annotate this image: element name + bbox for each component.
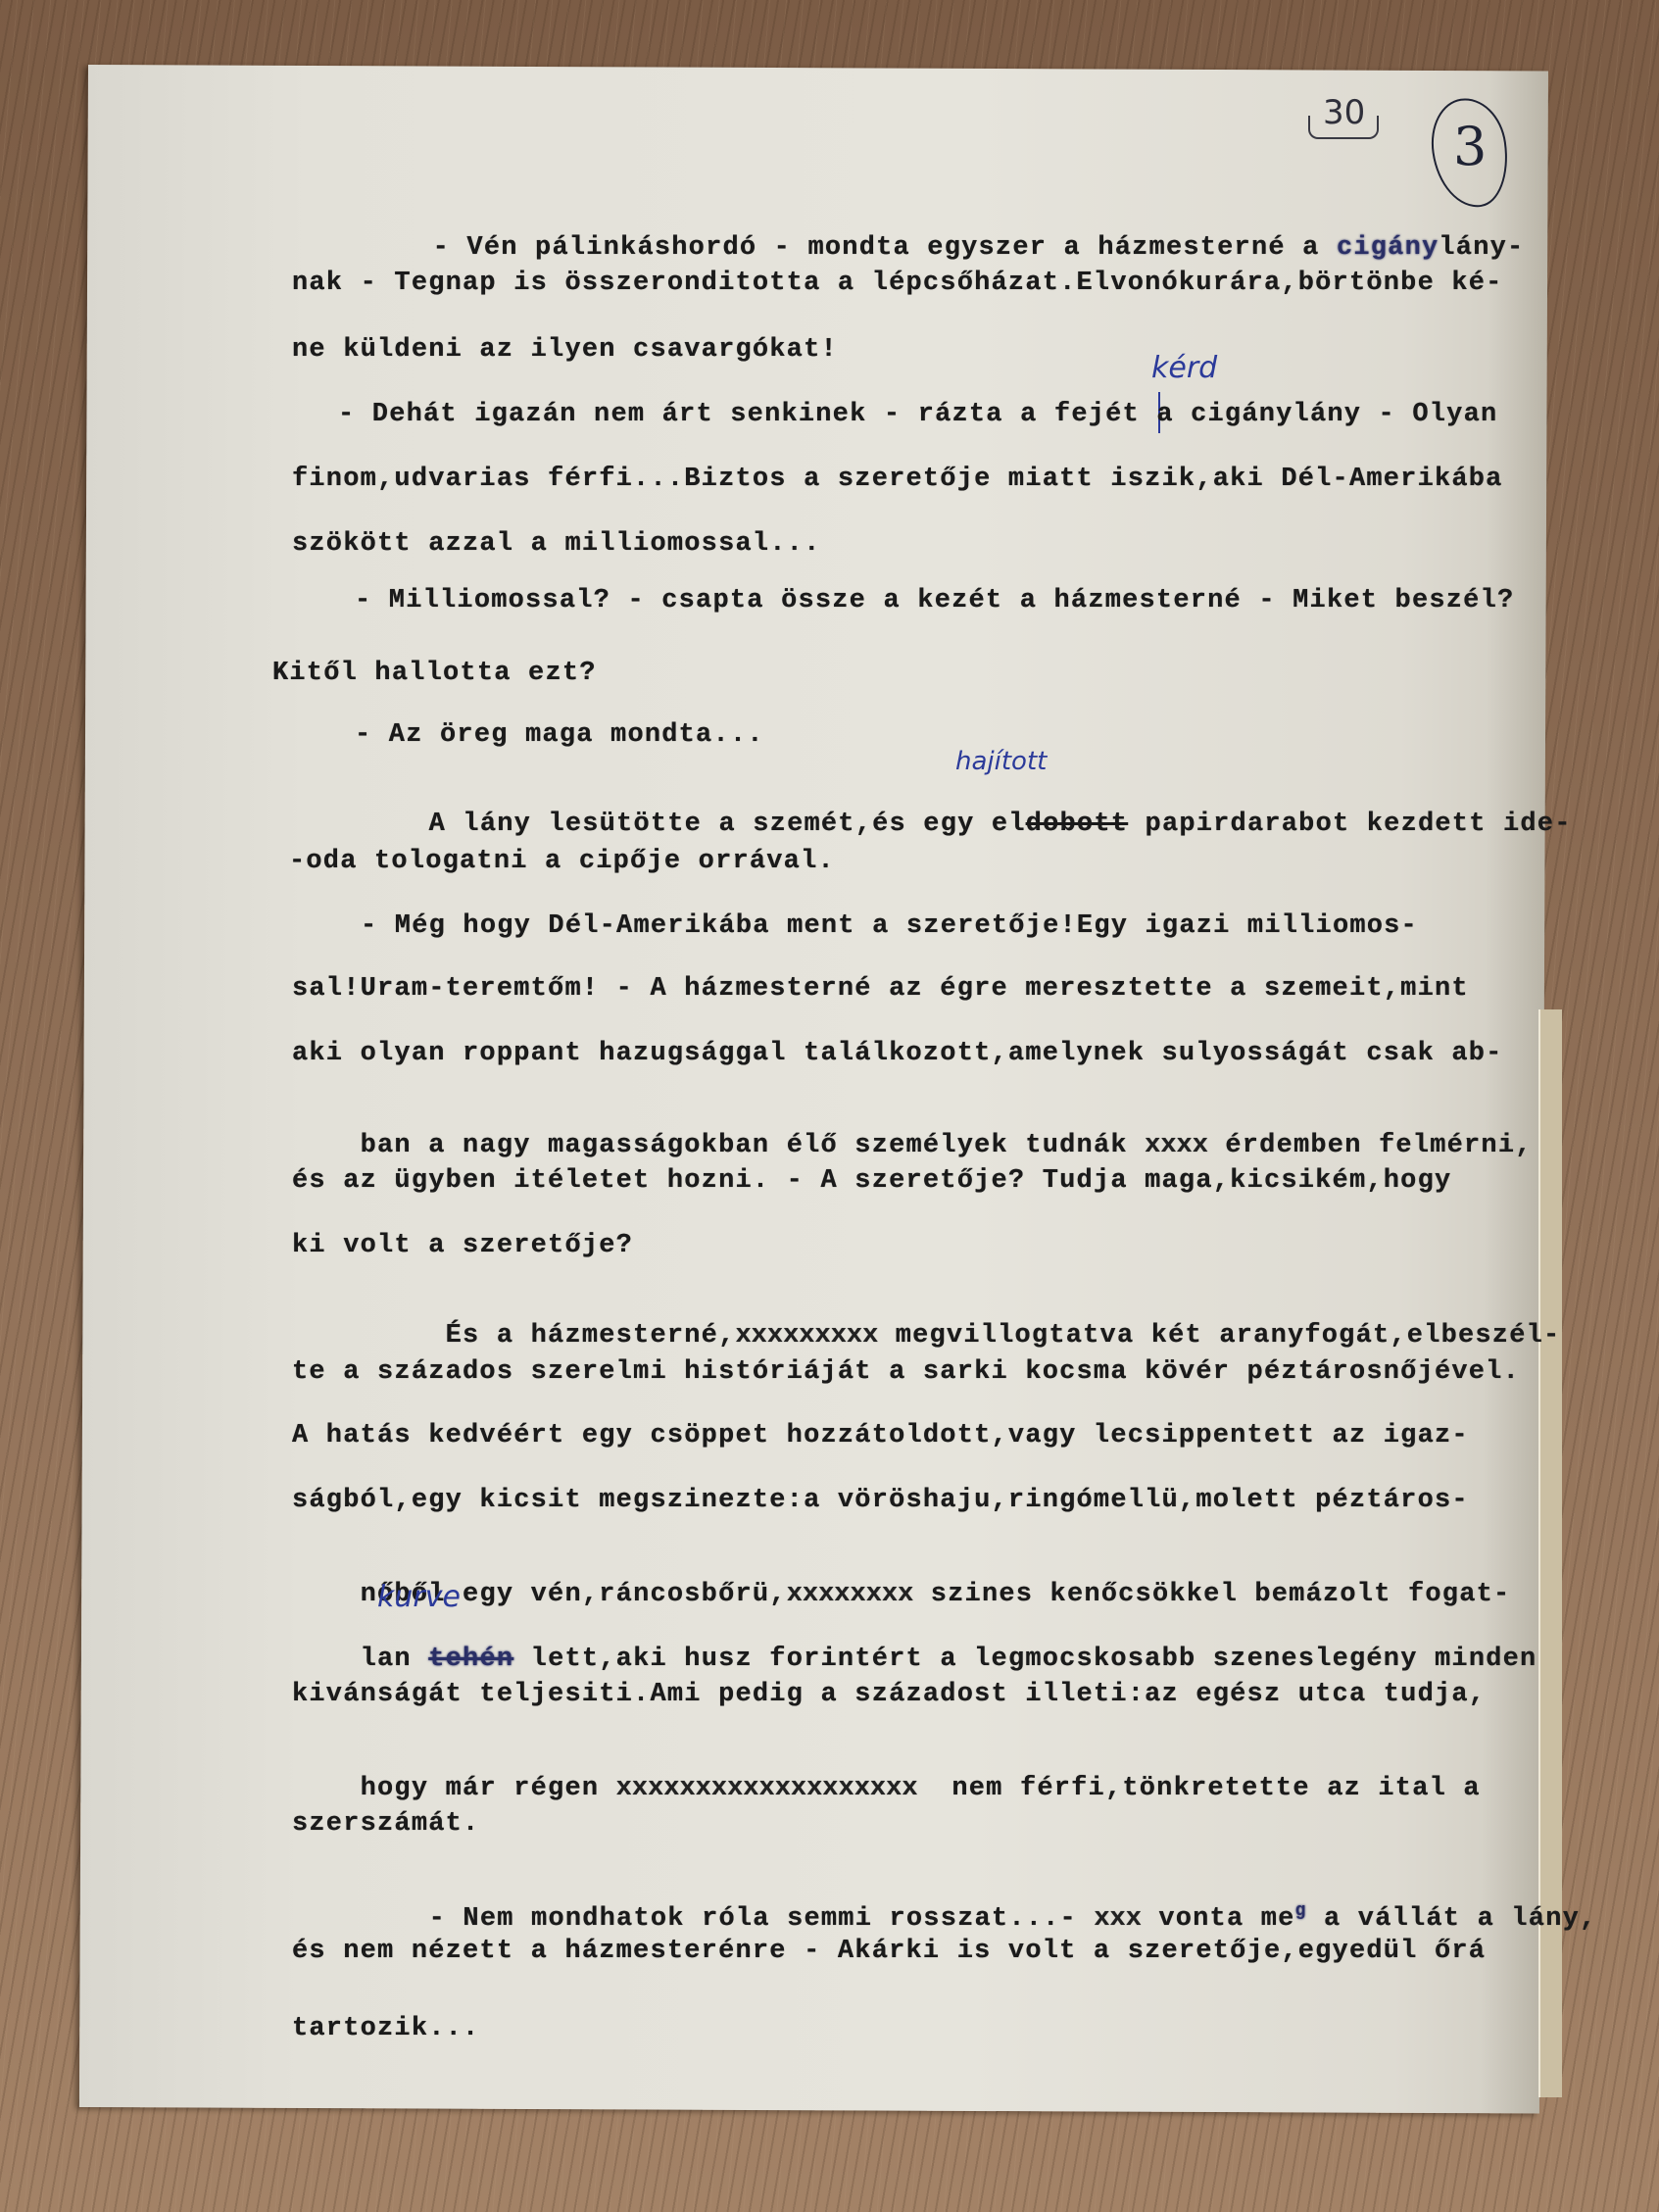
text-segment: És a házmesterné,	[446, 1321, 736, 1351]
typed-over-word: xxxxxxxx	[787, 1580, 914, 1609]
text-line-24: kivánságát teljesiti.Ami pedig a százado…	[292, 1680, 1486, 1709]
handwritten-correction-hajitott: hajított	[955, 747, 1047, 776]
handwritten-correction-kurve: kurve	[377, 1580, 461, 1614]
typed-over-word: xxxxxxxxxxxxxxxxxxx	[616, 1774, 918, 1803]
struck-word: dobott	[1026, 810, 1128, 839]
text-segment: - Vén pálinkáshordó - mondta egyszer a h…	[433, 233, 1337, 263]
text-segment: ban a nagy magasságokban élő személyek t…	[361, 1131, 1146, 1160]
text-segment: lett,aki husz forintért a legmocskosabb …	[513, 1645, 1537, 1674]
text-line-17: ki volt a szeretője?	[292, 1231, 633, 1260]
text-line-20: A hatás kedvéért egy csöppet hozzátoldot…	[292, 1421, 1469, 1450]
text-line-28: és nem nézett a házmesterénre - Akárki i…	[292, 1937, 1486, 1966]
typed-over-word: xxxx	[1145, 1131, 1208, 1160]
handwritten-insertion-kerd: kérd	[1151, 351, 1217, 385]
text-segment: hogy már régen	[361, 1774, 616, 1803]
typed-page-number: 30	[1323, 93, 1365, 132]
text-line-19: te a százados szerelmi históriáját a sar…	[292, 1357, 1520, 1387]
text-line-8: Kitől hallotta ezt?	[272, 659, 597, 688]
text-line-7: - Milliomossal? - csapta össze a kezét a…	[355, 586, 1514, 615]
text-line-16: és az ügyben itéletet hozni. - A szerető…	[292, 1166, 1451, 1196]
handwritten-letter-g: g	[1295, 1901, 1307, 1921]
text-segment: megvillogtatva két aranyfogát,elbeszél-	[878, 1321, 1560, 1351]
text-line-14: aki olyan roppant hazugsággal találkozot…	[292, 1039, 1503, 1068]
circled-page-number: 3	[1453, 116, 1487, 177]
text-line-21: ságból,egy kicsit megszinezte:a vöröshaj…	[292, 1486, 1469, 1515]
text-segment: a vállát a lány,	[1307, 1904, 1597, 1934]
text-line-12: - Még hogy Dél-Amerikába ment a szeretőj…	[361, 911, 1418, 941]
text-line-2: nak - Tegnap is összeronditotta a lépcső…	[292, 269, 1503, 298]
text-segment: lan	[361, 1645, 429, 1674]
text-segment: - Nem mondhatok róla semmi rosszat...-	[429, 1904, 1095, 1934]
text-segment: papirdarabot kezdett ide-	[1128, 810, 1571, 839]
struck-word: tehén	[428, 1645, 513, 1674]
scribbled-word: cigány	[1337, 233, 1439, 263]
typed-over-word: xxx	[1094, 1904, 1142, 1934]
text-line-13: sal!Uram-teremtőm! - A házmesterné az ég…	[292, 974, 1469, 1004]
text-line-3: ne küldeni az ilyen csavargókat!	[292, 335, 838, 365]
typed-over-word: xxxxxxxxx	[735, 1321, 878, 1351]
text-line-6: szökött azzal a milliomossal...	[292, 529, 820, 559]
text-line-11: -oda tologatni a cipője orrával.	[289, 847, 835, 876]
text-segment: vonta me	[1142, 1904, 1295, 1934]
text-line-26: szerszámát.	[292, 1809, 479, 1839]
text-segment: nem férfi,tönkretette az ital a	[918, 1774, 1481, 1803]
text-line-9: - Az öreg maga mondta...	[355, 720, 764, 750]
text-line-5: finom,udvarias férfi...Biztos a szeretőj…	[292, 465, 1503, 494]
text-segment: A lány lesütötte a szemét,és egy el	[429, 810, 1026, 839]
text-segment: érdemben felmérni,	[1208, 1131, 1533, 1160]
text-segment: lány-	[1439, 233, 1524, 263]
text-line-29: tartozik...	[292, 2014, 479, 2043]
text-line-4: - Dehát igazán nem árt senkinek - rázta …	[338, 400, 1497, 429]
text-segment: szines kenőcsökkel bemázolt fogat-	[913, 1580, 1510, 1609]
